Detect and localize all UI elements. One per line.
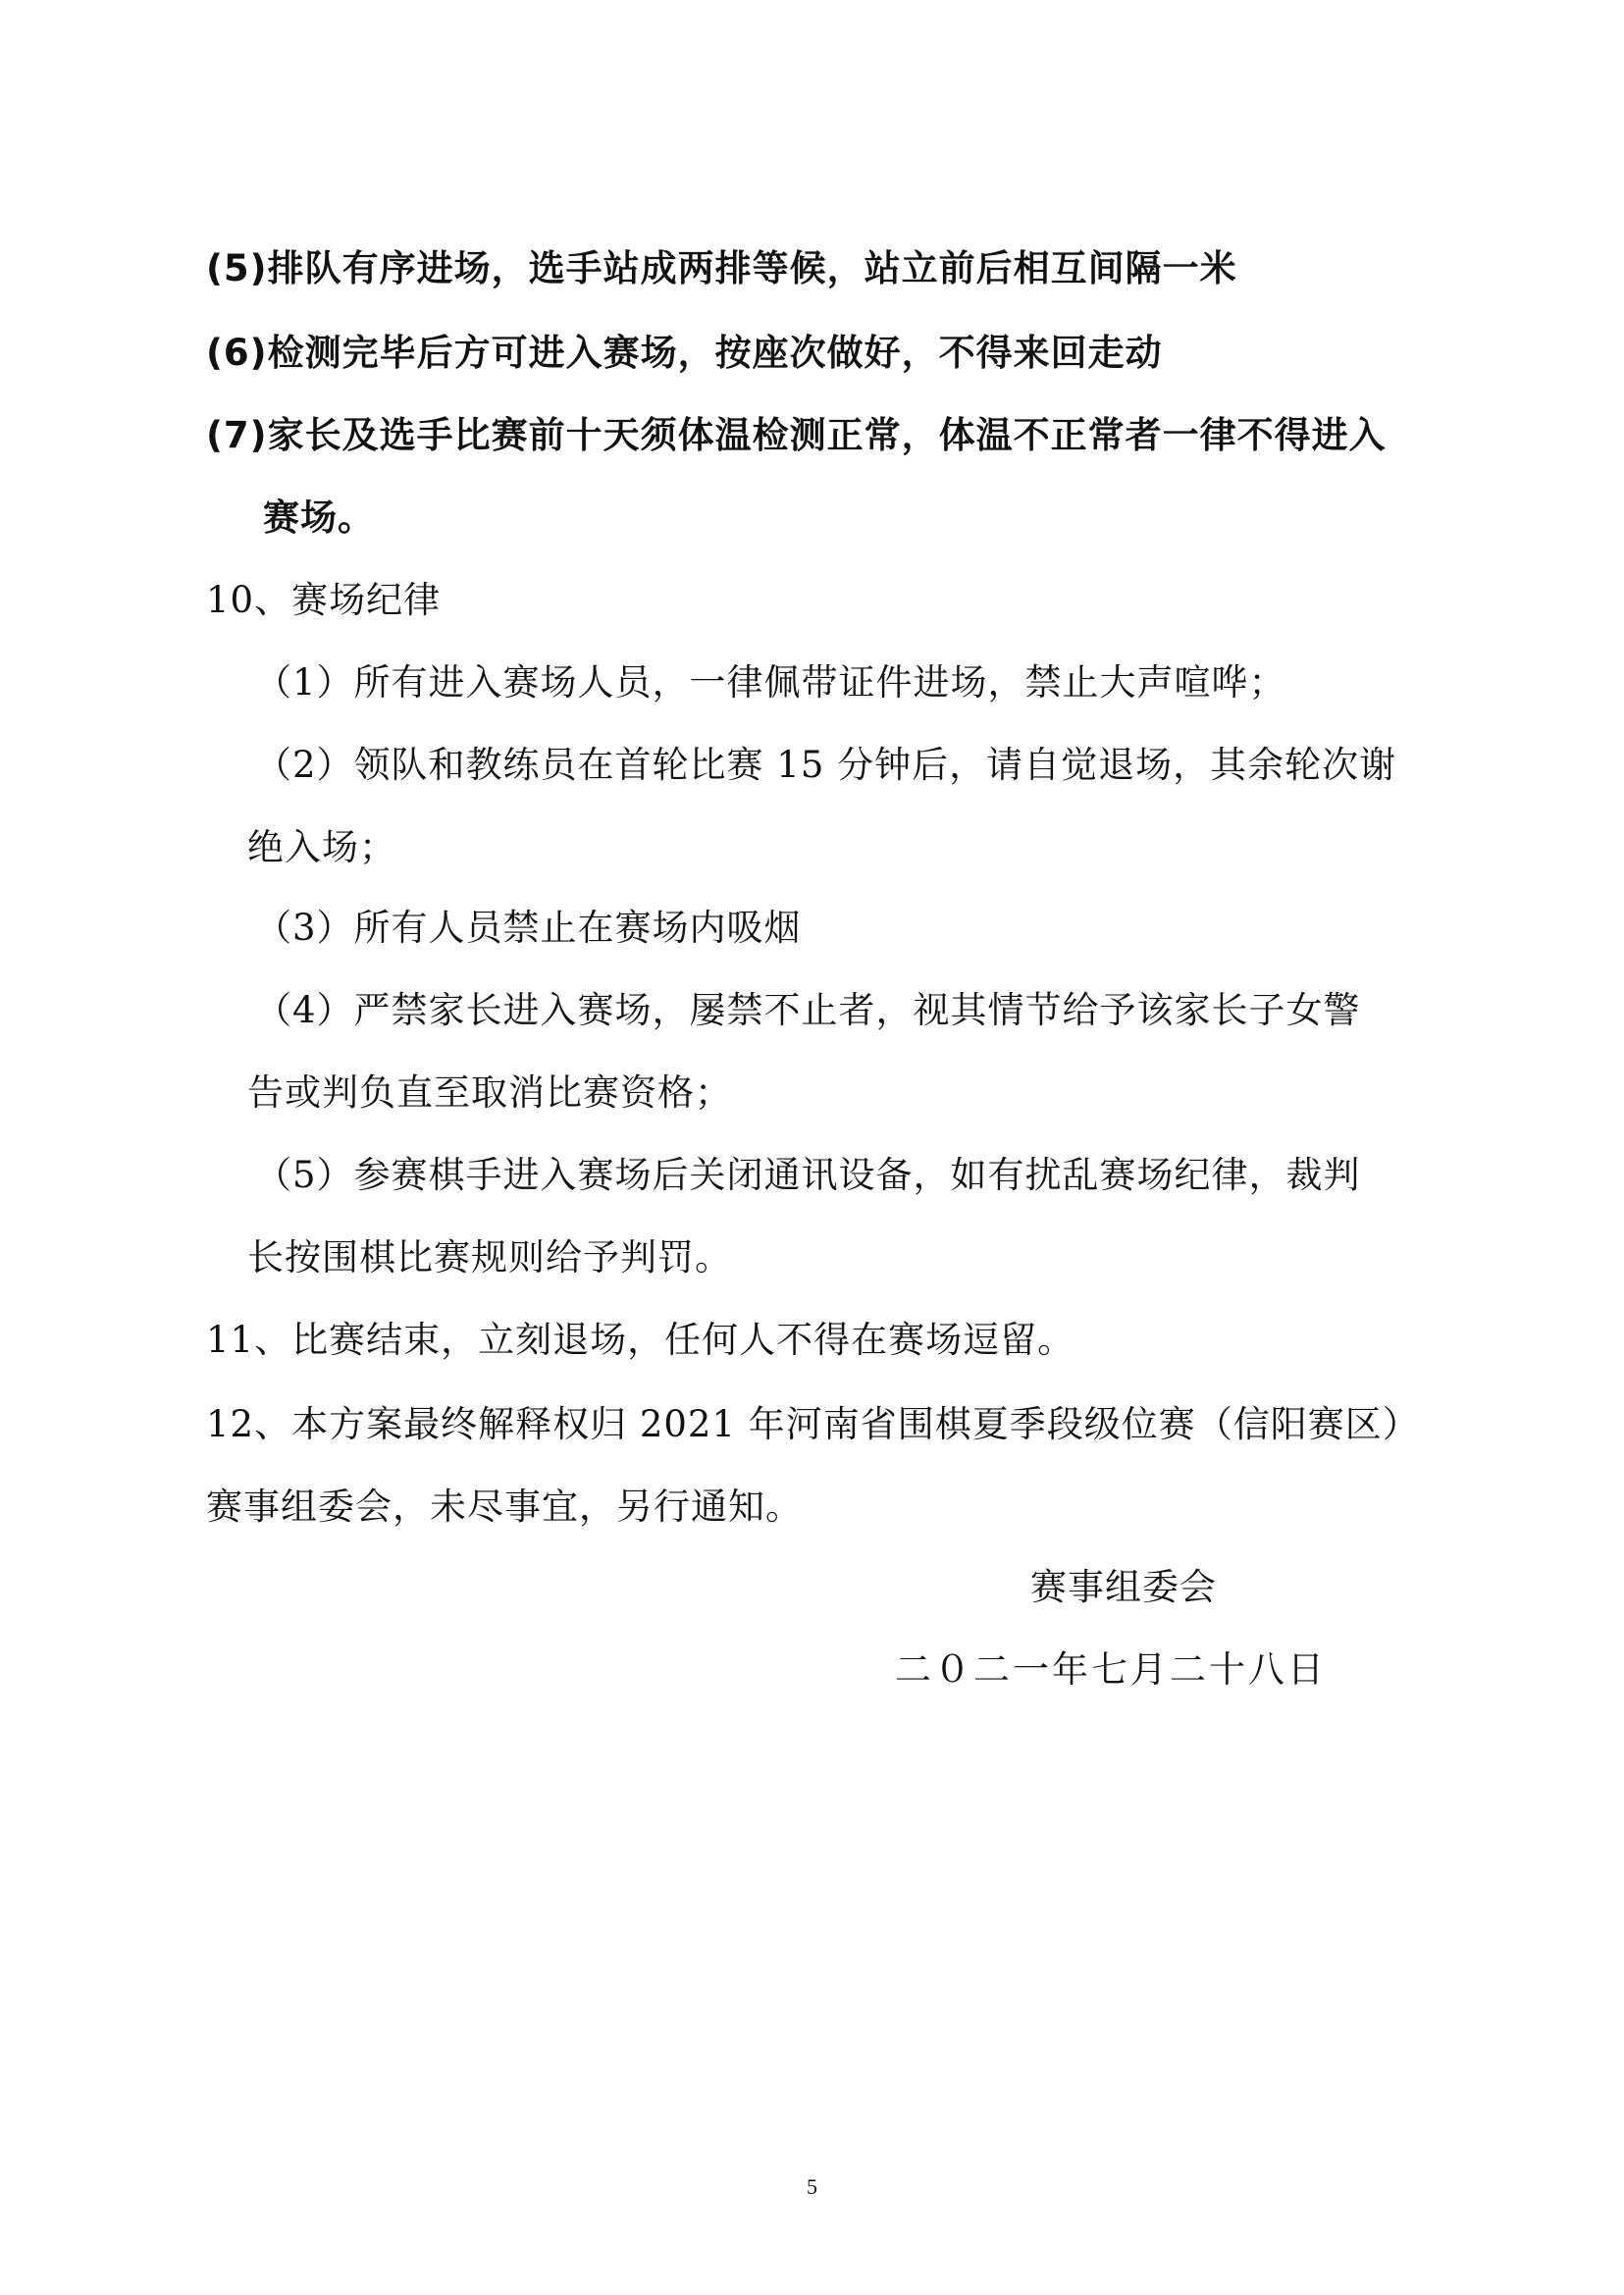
rule-item-6-seating: (6)检测完毕后方可进入赛场，按座次做好，不得来回走动 <box>206 332 1163 375</box>
discipline-item-3: （3）所有人员禁止在赛场内吸烟 <box>255 907 802 950</box>
signature-date: 二０二一年七月二十八日 <box>895 1648 1327 1692</box>
signature-organizer: 赛事组委会 <box>1030 1566 1217 1609</box>
discipline-item-5: （5）参赛棋手进入赛场后关闭通讯设备，如有扰乱赛场纪律，裁判 <box>255 1154 1361 1197</box>
page-number: 5 <box>807 2174 817 2200</box>
rule-item-7-temperature: (7)家长及选手比赛前十天须体温检测正常，体温不正常者一律不得进入 <box>206 414 1387 457</box>
rule-item-5-queue: (5)排队有序进场，选手站成两排等候，站立前后相互间隔一米 <box>206 247 1237 290</box>
section-11: 11、比赛结束，立刻退场，任何人不得在赛场逗留。 <box>206 1319 1074 1362</box>
section-10-heading: 10、赛场纪律 <box>206 579 441 622</box>
rule-item-7-continued: 赛场。 <box>263 496 375 540</box>
discipline-item-5-continued: 长按围棋比赛规则给予判罚。 <box>247 1236 732 1279</box>
discipline-item-4-continued: 告或判负直至取消比赛资格； <box>247 1071 732 1115</box>
discipline-item-2: （2）领队和教练员在首轮比赛 15 分钟后，请自觉退场，其余轮次谢 <box>255 744 1396 787</box>
discipline-item-1: （1）所有进入赛场人员，一律佩带证件进场，禁止大声喧哗； <box>255 661 1286 704</box>
discipline-item-4: （4）严禁家长进入赛场，屡禁不止者，视其情节给予该家长子女警 <box>255 989 1361 1032</box>
section-12: 12、本方案最终解释权归 2021 年河南省围棋夏季段级位赛（信阳赛区） <box>206 1403 1420 1446</box>
section-12-continued: 赛事组委会，未尽事宜，另行通知。 <box>206 1486 803 1529</box>
discipline-item-2-continued: 绝入场； <box>247 826 396 869</box>
